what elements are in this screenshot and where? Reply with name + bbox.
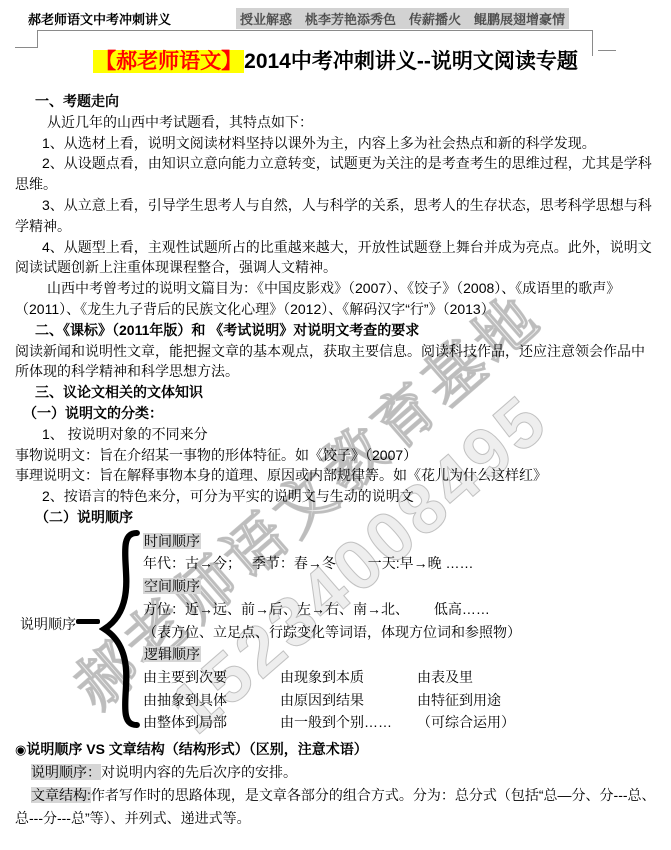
logic-item: 由一般到个别…… bbox=[280, 711, 417, 734]
subsection-heading-classification: （一）说明文的分类： bbox=[15, 403, 657, 424]
document-page: 郝老师语文教育基地 15234008495 郝老师语文中考冲刺讲义 授业解惑 桃… bbox=[0, 0, 671, 850]
diagram-row-space-detail: 方位：近→远、前→后、左→右、南→北、 低高…… bbox=[143, 598, 657, 621]
comparison-heading-text: 说明顺序 VS 文章结构（结构形式）（区别，注意术语） bbox=[26, 741, 367, 757]
logic-item: 由原因到结果 bbox=[280, 689, 417, 712]
logic-item: 由特征到用途 bbox=[417, 689, 501, 712]
definition-order-text: 对说明内容的先后次序的安排。 bbox=[101, 764, 297, 780]
diagram-logic-row: 由整体到局部由一般到个别……（可综合运用） bbox=[143, 711, 657, 734]
diagram-connector-line bbox=[76, 619, 100, 624]
diagram-row-space-note: （表方位、立足点、行踪变化等词语，体现方位词和参照物） bbox=[143, 621, 657, 644]
diagram-row-logic-title: 逻辑顺序 bbox=[143, 643, 657, 666]
curly-brace-icon bbox=[99, 530, 141, 728]
paragraph: 4、从题型上看，主观性试题所占的比重越来越大，开放性试题登上舞台并成为亮点。此外… bbox=[15, 237, 657, 279]
logic-item: 由抽象到具体 bbox=[143, 689, 280, 712]
definition-structure: 文章结构:作者写作时的思路体现，是文章各部分的组合方式。分为：总分式（包括“总—… bbox=[15, 784, 657, 829]
paragraph: 1、 按说明对象的不同来分 bbox=[15, 424, 657, 445]
paragraph: 阅读新闻和说明性文章，能把握文章的基本观点，获取主要信息。阅读科技作品，还应注意… bbox=[15, 341, 657, 383]
logic-item: 由整体到局部 bbox=[143, 711, 280, 734]
keyword-logic-order: 逻辑顺序 bbox=[143, 646, 201, 662]
diagram-logic-row: 由抽象到具体由原因到结果由特征到用途 bbox=[143, 689, 657, 712]
paragraph: 事理说明文：旨在解释事物本身的道理、原因或内部规律等。如《花儿为什么这样红》 bbox=[15, 465, 657, 486]
header-rule bbox=[37, 30, 592, 31]
comparison-section: ◉说明顺序 VS 文章结构（结构形式）（区别，注意术语） 说明顺序：对说明内容的… bbox=[15, 738, 657, 829]
diagram-content: 时间顺序 年代：古→今； 季节：春→冬 一天:早→晚 …… 空间顺序 方位：近→… bbox=[143, 530, 657, 734]
keyword-space-order: 空间顺序 bbox=[143, 578, 201, 594]
diagram-row-time-detail: 年代：古→今； 季节：春→冬 一天:早→晚 …… bbox=[143, 552, 657, 575]
title-text: 2014中考冲刺讲义--说明文阅读专题 bbox=[244, 50, 578, 73]
definition-structure-text: 作者写作时的思路体现，是文章各部分的组合方式。分为：总分式（包括“总—分、分--… bbox=[15, 787, 656, 826]
header-right-motto: 授业解惑 桃李芳艳添秀色 传薪播火 鲲鹏展翅增豪情 bbox=[236, 8, 569, 29]
logic-item: 由主要到次要 bbox=[143, 666, 280, 689]
logic-item: 由表及里 bbox=[417, 666, 473, 689]
header-left-title: 郝老师语文中考冲刺讲义 bbox=[28, 9, 171, 28]
title-brand-tag: 【郝老师语文】 bbox=[93, 50, 244, 73]
subsection-heading-order: （二）说明顺序 bbox=[15, 507, 657, 528]
keyword-structure-term: 文章结构: bbox=[31, 787, 91, 803]
document-body: 一、考题走向 从近几年的山西中考试题看，其特点如下： 1、从选材上看，说明文阅读… bbox=[15, 91, 657, 829]
logic-item: （可综合运用） bbox=[417, 711, 515, 734]
diagram-label: 说明顺序 bbox=[20, 614, 76, 635]
bullet-icon: ◉ bbox=[15, 742, 26, 757]
comparison-heading: ◉说明顺序 VS 文章结构（结构形式）（区别，注意术语） bbox=[15, 738, 657, 762]
paragraph: 2、从设题点看，由知识立意向能力立意转变，试题更为关注的是考查考生的思维过程，尤… bbox=[15, 153, 657, 195]
paragraph: 2、按语言的特色来分，可分为平实的说明文与生动的说明文 bbox=[15, 486, 657, 507]
section-heading-2: 二、《课标》（2011年版）和 《考试说明》对说明文考查的要求 bbox=[15, 320, 657, 341]
paragraph: 3、从立意上看，引导学生思考人与自然，人与科学的关系，思考人的生存状态，思考科学… bbox=[15, 195, 657, 237]
logic-item: 由现象到本质 bbox=[280, 666, 417, 689]
definition-order: 说明顺序：对说明内容的先后次序的安排。 bbox=[15, 761, 657, 784]
section-heading-3: 三、议论文相关的文体知识 bbox=[15, 382, 657, 403]
diagram-logic-row: 由主要到次要由现象到本质由表及里 bbox=[143, 666, 657, 689]
keyword-time-order: 时间顺序 bbox=[143, 533, 201, 549]
paragraph: 山西中考曾考过的说明文篇目为：《中国皮影戏》（2007）、《饺子》（2008）、… bbox=[15, 278, 657, 320]
diagram-row-time-title: 时间顺序 bbox=[143, 530, 657, 553]
section-heading-1: 一、考题走向 bbox=[15, 91, 657, 112]
keyword-order-term: 说明顺序： bbox=[31, 764, 101, 780]
diagram-row-space-title: 空间顺序 bbox=[143, 575, 657, 598]
paragraph: 从近几年的山西中考试题看，其特点如下： bbox=[15, 112, 657, 133]
page-title: 【郝老师语文】2014中考冲刺讲义--说明文阅读专题 bbox=[0, 45, 671, 75]
paragraph: 1、从选材上看，说明文阅读材料坚持以课外为主，内容上多为社会热点和新的科学发现。 bbox=[15, 133, 657, 154]
paragraph: 事物说明文：旨在介绍某一事物的形体特征。如《饺子》（2007） bbox=[15, 445, 657, 466]
order-brace-diagram: 说明顺序 时间顺序 年代：古→今； 季节：春→冬 一天:早→晚 …… 空间顺序 … bbox=[15, 530, 657, 736]
